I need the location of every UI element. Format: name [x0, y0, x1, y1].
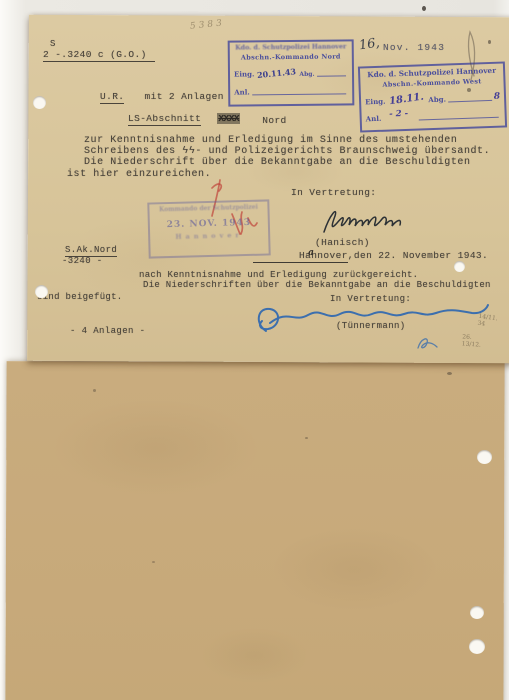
file-reference-line2: -3240 - — [62, 256, 103, 266]
paper-speck — [422, 6, 426, 11]
body-paragraph-1: zur Kenntnisnahme und Erledigung im Sinn… — [84, 136, 490, 168]
paper-speck — [305, 437, 308, 439]
in-vertretung-label-1: In Vertretung: — [291, 187, 376, 198]
blue-pencil-mark — [414, 333, 440, 353]
scanned-document: 5383 S 2 -.3240 c (G.O.) Kdo. d. Schutzp… — [0, 0, 509, 700]
stamp-west-eing-label: Eing. — [365, 97, 386, 107]
stamp-nord-eing-label: Eing. — [234, 69, 255, 78]
signer2-typed-name: (Tünnermann) — [336, 321, 406, 331]
reference-number-top: S — [50, 39, 56, 49]
stamp-west-abg-line — [448, 94, 492, 103]
section-name: Nord — [262, 115, 286, 126]
section-label: LS-Abschnitt — [128, 113, 201, 126]
dispatch-text: mit 2 Anlagen — [145, 91, 224, 102]
faded-stamp-city: Hannover — [150, 230, 268, 241]
paper-speck — [152, 561, 155, 563]
punch-hole-back-top — [477, 450, 492, 464]
anlagen-note: - 4 Anlagen - — [70, 326, 145, 336]
received-day-handwritten: 16, — [358, 36, 381, 54]
document-content-layer: 5383 S 2 -.3240 c (G.O.) Kdo. d. Schutzp… — [0, 0, 509, 700]
punch-hole-back-bottom — [469, 639, 485, 654]
stamp-west-abg-label: Abg. — [428, 95, 446, 105]
stamp-west-abg-note-handwritten: 8 — [494, 92, 501, 102]
stamp-nord-abg-label: Abg. — [299, 71, 314, 78]
signer1-typed-name: (Hanisch) — [315, 237, 370, 248]
paper-speck — [93, 389, 96, 392]
stamp-west-anl-note-handwritten: - 2 - — [389, 109, 408, 120]
received-monthyear: Nov. 1943 — [383, 42, 445, 53]
pencil-paraph-mark — [455, 26, 481, 84]
stamp-nord-unit: Abschn.-Kommando Nord — [230, 52, 352, 61]
section-heading: LS-Abschnitt XXXX Nord — [128, 113, 287, 124]
reference-number: 2 -.3240 c (G.O.) — [43, 49, 155, 62]
tuennermann-signature — [250, 287, 490, 339]
receipt-stamp-west: Kdo. d. Schutzpolizei Hannover Abschn.-K… — [358, 61, 507, 132]
dispatch-ur: U.R. — [100, 91, 124, 104]
faded-stamp-org: Kommando der Schutzpolizei — [149, 203, 267, 213]
stamp-nord-anl-line — [252, 87, 346, 95]
punch-hole-right-upper — [454, 261, 465, 272]
handwritten-a-mark: a — [308, 248, 314, 258]
stamp-nord-abg-line — [316, 69, 346, 76]
paper-speck — [447, 372, 452, 375]
punch-hole-left-bottom — [35, 285, 48, 298]
body-paragraph-1-last-line: ist hier einzureichen. — [67, 169, 211, 180]
stamp-west-anl-line — [418, 111, 499, 121]
stamp-nord-org: Kdo. d. Schutzpolizei Hannover — [230, 43, 352, 51]
hanisch-signature — [318, 204, 408, 238]
dispatch-note: U.R. mit 2 Anlagen — [100, 91, 224, 102]
section-struck-text: XXXX — [217, 113, 240, 124]
receipt-stamp-nord: Kdo. d. Schutzpolizei Hannover Abschn.-K… — [228, 39, 355, 106]
punch-hole-back-mid — [470, 606, 484, 619]
stamp-nord-anl-label: Anl. — [234, 87, 250, 96]
stamp-bottom-line: a — [253, 250, 348, 263]
paper-speck — [488, 40, 491, 44]
faded-stamp-date: 23. NOV. 1943 — [150, 217, 268, 230]
body-paragraph-2-line3: sind beigefügt. — [37, 292, 123, 302]
pencil-margin-notes-1: 14/11. 34 — [477, 313, 498, 330]
penciled-page-number: 5383 — [190, 18, 226, 32]
stamp-west-anl-label: Anl. — [366, 114, 382, 124]
stamp-west-eing-date-handwritten: 18.11. — [389, 92, 425, 108]
stamp-nord-eing-date: 20.11.43 — [257, 66, 297, 80]
paper-speck — [467, 88, 471, 92]
body-paragraph-2-line1: nach Kenntnisnahme und Erledigung zurück… — [139, 270, 418, 280]
pencil-margin-notes-2: 26. 13/12. — [462, 333, 482, 348]
punch-hole-left-top — [33, 96, 46, 109]
